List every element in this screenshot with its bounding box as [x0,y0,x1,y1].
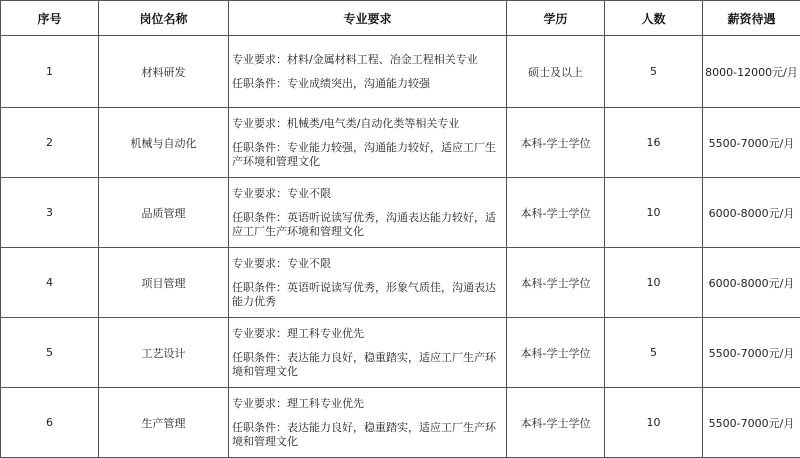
table-row: 2 机械与自动化 专业要求：机械类/电气类/自动化类等相关专业 任职条件：专业能… [1,108,800,178]
cell-position: 工艺设计 [99,318,229,388]
cell-requirements: 专业要求：专业不限 任职条件：英语听说读写优秀，形象气质佳，沟通表达能力优秀 [229,248,507,318]
header-salary: 薪资待遇 [703,1,800,36]
table-row: 6 生产管理 专业要求：理工科专业优先 任职条件：表达能力良好，稳重踏实，适应工… [1,388,800,458]
major-requirement: 专业要求：专业不限 [232,257,503,271]
header-education: 学历 [507,1,605,36]
cell-education: 本科-学士学位 [507,108,605,178]
cell-position: 品质管理 [99,178,229,248]
cell-requirements: 专业要求：理工科专业优先 任职条件：表达能力良好，稳重踏实，适应工厂生产环境和管… [229,388,507,458]
job-conditions: 任职条件：专业能力较强，沟通能力较好，适应工厂生产环境和管理文化 [232,141,503,169]
cell-headcount: 5 [605,318,703,388]
cell-position: 机械与自动化 [99,108,229,178]
cell-headcount: 5 [605,36,703,108]
major-requirement: 专业要求：材料/金属材料工程、冶金工程相关专业 [232,53,503,67]
cell-index: 6 [1,388,99,458]
major-requirement: 专业要求：专业不限 [232,187,503,201]
cell-salary: 5500-7000元/月 [703,388,800,458]
cell-index: 4 [1,248,99,318]
job-conditions: 任职条件：英语听说读写优秀，形象气质佳，沟通表达能力优秀 [232,281,503,309]
cell-index: 1 [1,36,99,108]
job-conditions: 任职条件：英语听说读写优秀，沟通表达能力较好，适应工厂生产环境和管理文化 [232,211,503,239]
cell-index: 3 [1,178,99,248]
cell-requirements: 专业要求：专业不限 任职条件：英语听说读写优秀，沟通表达能力较好，适应工厂生产环… [229,178,507,248]
header-position: 岗位名称 [99,1,229,36]
cell-salary: 6000-8000元/月 [703,248,800,318]
cell-index: 5 [1,318,99,388]
major-requirement: 专业要求：理工科专业优先 [232,327,503,341]
header-index: 序号 [1,1,99,36]
cell-headcount: 16 [605,108,703,178]
cell-education: 本科-学士学位 [507,388,605,458]
major-requirement: 专业要求：理工科专业优先 [232,397,503,411]
cell-requirements: 专业要求：机械类/电气类/自动化类等相关专业 任职条件：专业能力较强，沟通能力较… [229,108,507,178]
cell-index: 2 [1,108,99,178]
cell-position: 项目管理 [99,248,229,318]
cell-education: 硕士及以上 [507,36,605,108]
cell-education: 本科-学士学位 [507,178,605,248]
table-row: 4 项目管理 专业要求：专业不限 任职条件：英语听说读写优秀，形象气质佳，沟通表… [1,248,800,318]
cell-position: 生产管理 [99,388,229,458]
cell-salary: 8000-12000元/月 [703,36,800,108]
cell-salary: 5500-7000元/月 [703,108,800,178]
cell-headcount: 10 [605,388,703,458]
cell-position: 材料研发 [99,36,229,108]
major-requirement: 专业要求：机械类/电气类/自动化类等相关专业 [232,117,503,131]
cell-education: 本科-学士学位 [507,248,605,318]
cell-requirements: 专业要求：材料/金属材料工程、冶金工程相关专业 任职条件：专业成绩突出，沟通能力… [229,36,507,108]
cell-headcount: 10 [605,248,703,318]
header-headcount: 人数 [605,1,703,36]
cell-education: 本科-学士学位 [507,318,605,388]
table-row: 1 材料研发 专业要求：材料/金属材料工程、冶金工程相关专业 任职条件：专业成绩… [1,36,800,108]
table-header-row: 序号 岗位名称 专业要求 学历 人数 薪资待遇 [1,1,800,36]
cell-salary: 5500-7000元/月 [703,318,800,388]
job-conditions: 任职条件：表达能力良好，稳重踏实，适应工厂生产环境和管理文化 [232,421,503,449]
job-listing-table: 序号 岗位名称 专业要求 学历 人数 薪资待遇 1 材料研发 专业要求：材料/金… [0,0,800,458]
job-conditions: 任职条件：表达能力良好，稳重踏实，适应工厂生产环境和管理文化 [232,351,503,379]
cell-requirements: 专业要求：理工科专业优先 任职条件：表达能力良好，稳重踏实，适应工厂生产环境和管… [229,318,507,388]
table-row: 5 工艺设计 专业要求：理工科专业优先 任职条件：表达能力良好，稳重踏实，适应工… [1,318,800,388]
job-conditions: 任职条件：专业成绩突出，沟通能力较强 [232,77,503,91]
header-requirements: 专业要求 [229,1,507,36]
cell-headcount: 10 [605,178,703,248]
cell-salary: 6000-8000元/月 [703,178,800,248]
table-row: 3 品质管理 专业要求：专业不限 任职条件：英语听说读写优秀，沟通表达能力较好，… [1,178,800,248]
